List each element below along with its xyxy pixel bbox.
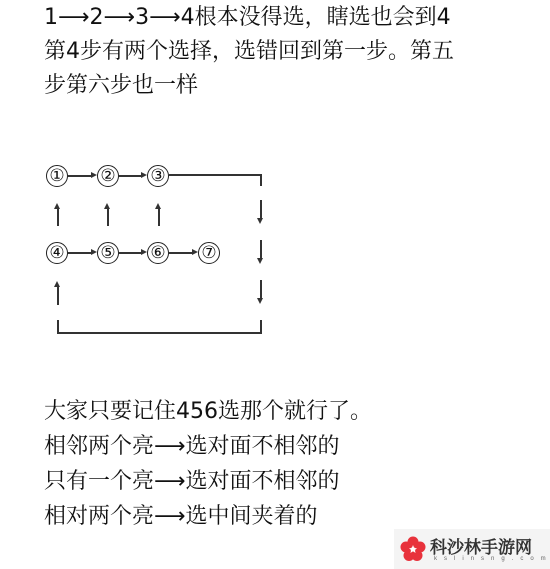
connector-3-right — [169, 174, 261, 176]
node-1: ① — [46, 165, 68, 187]
watermark-name: 科沙林手游网 — [430, 533, 532, 558]
node-3: ③ — [147, 165, 169, 187]
arrow-head-icon — [141, 249, 147, 255]
arrow-5-6 — [119, 252, 142, 254]
tip-line-3: 只有一个亮⟶选对面不相邻的 — [44, 467, 340, 497]
node-2: ② — [97, 165, 119, 187]
arrow-down-icon — [257, 218, 263, 224]
arrow-up-icon — [104, 203, 110, 209]
flower-logo-icon — [400, 536, 426, 562]
node-7: ⑦ — [198, 242, 220, 264]
arrow-head-icon — [141, 172, 147, 178]
arrow-up-icon — [54, 203, 60, 209]
bracket-bottom — [57, 332, 262, 334]
arrow-down-icon — [257, 298, 263, 304]
watermark: 科沙林手游网 kslinsng.com — [394, 529, 550, 569]
arrow-head-icon — [91, 172, 97, 178]
up-arrow-4-1 — [57, 208, 59, 226]
up-arrow-to-4 — [57, 286, 59, 305]
arrow-2-3 — [119, 175, 142, 177]
arrow-head-icon — [192, 249, 198, 255]
node-5: ⑤ — [97, 242, 119, 264]
tip-line-4: 相对两个亮⟶选中间夹着的 — [44, 502, 318, 532]
down-arrow — [260, 200, 262, 219]
arrow-4-5 — [68, 252, 92, 254]
down-arrow — [260, 240, 262, 259]
arrow-6-7 — [169, 252, 193, 254]
node-4: ④ — [46, 242, 68, 264]
up-arrow-5-2 — [107, 208, 109, 226]
down-arrow — [260, 280, 262, 299]
node-6: ⑥ — [147, 242, 169, 264]
arrow-down-icon — [257, 258, 263, 264]
arrow-1-2 — [68, 175, 92, 177]
arrow-up-icon — [54, 281, 60, 287]
arrow-head-icon — [91, 249, 97, 255]
watermark-url: kslinsng.com — [434, 556, 550, 562]
arrow-up-icon — [155, 203, 161, 209]
connector-right-stub — [260, 174, 262, 186]
up-arrow-6-3 — [158, 208, 160, 226]
tip-line-2: 相邻两个亮⟶选对面不相邻的 — [44, 432, 340, 462]
tip-line-1: 大家只要记住456选那个就行了。 — [44, 397, 372, 427]
